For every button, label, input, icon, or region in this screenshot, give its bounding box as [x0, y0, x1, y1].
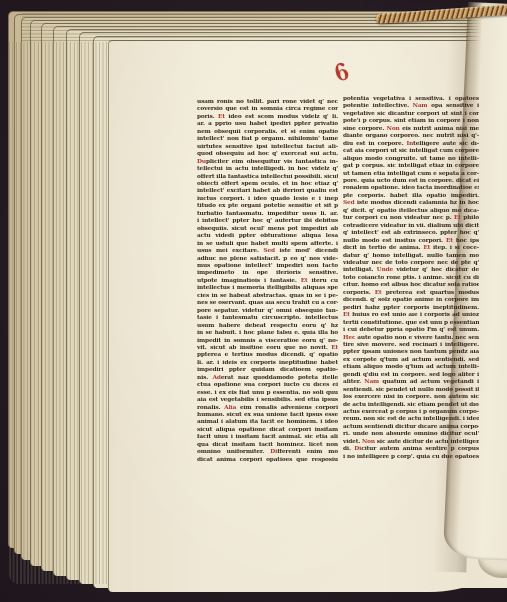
text-line: esse. i ex eis fiat unū p essentiā. nō s… — [197, 390, 338, 397]
text-line: in se habuit. i hoc plane falsū ē. quia … — [197, 330, 338, 337]
rubricated-letter: Hec — [343, 335, 355, 341]
text-line: poris. Et ideo est scōm modus videlz q' … — [197, 114, 338, 121]
text-line: rōnalem opationē. ideo facta inordinatiō… — [343, 185, 479, 192]
text-line: ctua opationē suā corpori iūcto cū dīcēs… — [197, 382, 338, 389]
rubricated-letter: Et — [375, 290, 382, 296]
text-line: gat p corpus. sic intelligat etiaz in co… — [343, 163, 479, 170]
text-line: actu vidēdi ppter obturationē aliquā les… — [197, 233, 338, 240]
text-line: cies in se habeat abstractas. quas in se… — [197, 293, 338, 300]
text-line: de actu intelligendi. sic etiam pendet u… — [343, 402, 479, 409]
text-line: ri. unde non absurde omnino dicitur ocul… — [343, 431, 479, 438]
rubricated-letter: Et — [301, 278, 308, 284]
text-line: diante organo corporeo. nec nutrit nisi … — [343, 133, 479, 140]
text-line: aia est vegetabilis i sensibilis. sed et… — [197, 397, 338, 404]
text-line: impedit in somnis a visceratiōe eorū q' … — [197, 338, 338, 345]
text-line: los exercere nisi in corpore. non autem … — [343, 394, 479, 401]
text-line: actus exerceat p corpus i p organum corp… — [343, 409, 479, 416]
text-line: Hec autē opatio non ē vivere tantū. nec … — [343, 335, 479, 342]
text-line: potentie intellective. Nam opa sensitive… — [343, 103, 479, 110]
text-line: quod obsequiū ad hoc q' exerceat sui act… — [197, 151, 338, 158]
text-column-left: usam rōnis nō tollit. pari rōne videt q'… — [197, 99, 338, 464]
text-line: cōtradicere videatur in vii. dialium ubi… — [343, 223, 479, 230]
text-line: pote'i p corpus. sint etiam in corpore i… — [343, 118, 479, 125]
text-line: toto cōiancto rōne ptis. i anime. sicut … — [343, 275, 479, 282]
text-line: diu est in corpore. Intelligere autē sic… — [343, 141, 479, 148]
text-line: ex corpote q'tum ad actum sentiendi. sed — [343, 357, 479, 364]
text-line: mus opationē intellect' impediri non fac… — [197, 263, 338, 270]
text-line: tellectui in actu intelligēdi. in hoc vi… — [197, 166, 338, 173]
text-line: aliter. Nam quātum ad actum vegetandi i — [343, 379, 479, 386]
text-line: i intellect' ppter hoc q' aufertur ibi d… — [197, 218, 338, 225]
text-line: obiecti offert spēm oculo. et in hoc eti… — [197, 181, 338, 188]
text-line: pore sepatur. videtur q' omni obsequio f… — [197, 308, 338, 315]
text-line: titudo ex pte organi potētie sensitie et… — [197, 203, 338, 210]
text-line: impedimēto in ope iferioris sensitive. — [197, 270, 338, 277]
rubricated-letter: Alia — [224, 405, 236, 411]
text-line: intellect' excitari habet ab iferiori qu… — [197, 188, 338, 195]
text-line: Sed iste modus dicendi calamniā hz in ho… — [343, 200, 479, 207]
text-line: intellectus i memoria itelligibilis aliq… — [197, 285, 338, 292]
text-line: q' dicit. q' opatio itellectus aliquo mō… — [343, 208, 479, 215]
rubricated-letter: Et — [454, 215, 461, 221]
rubricated-letter: Unde — [377, 267, 393, 273]
rubricated-letter: Et — [218, 114, 225, 120]
text-line: potentiā vegetativā i sensitivā. i opatō… — [343, 96, 479, 103]
text-line: tasie i fantesmatū circūscripto. intelle… — [197, 315, 338, 322]
rubricated-letter: Non — [362, 439, 375, 445]
text-line: ppterea ē tertius modus dicendi. q' opat… — [197, 352, 338, 359]
text-line: adhuc nō plene satisfacit. p eo q' nos v… — [197, 256, 338, 263]
rubricated-letter: Du — [197, 159, 206, 165]
text-line: dicat anima corpori opatiōes que respōsi… — [197, 457, 338, 464]
text-line: pte corporis. habet illa opatio impediri… — [343, 193, 479, 200]
text-line: dicendi. q' solz opatio anime in corpore… — [343, 297, 479, 304]
text-line: animal i alatum ita facit eē hominem. i … — [197, 419, 338, 426]
text-line: tire sive movere. sed rōcinari i intelli… — [343, 342, 479, 349]
text-line: cōversio que est in somnia circa regimē … — [197, 106, 338, 113]
text-line: obsequiis. sicut ocul' mens pōt impediri… — [197, 226, 338, 233]
rubricated-letter: Di — [270, 449, 277, 455]
text-line: q' intellect' est ab extrinseco. ppter h… — [343, 230, 479, 237]
text-line: Et huius rō est unio aīe i corporis ad u… — [343, 312, 479, 319]
text-line: videatur nec de toto corpore nec de pte … — [343, 260, 479, 267]
text-line: iūctus corpori. i ideo quādo lesio ē i i… — [197, 196, 338, 203]
text-line: sicut aliquā opationē dicat corpori insi… — [197, 427, 338, 434]
text-line: rōnalis. Alia eim rōnalis adveniens corp… — [197, 405, 338, 412]
text-line: intelligat. Unde videtur q' hoc dicatur … — [343, 267, 479, 274]
text-line: utpote imaginatiōis i fantasie. Et iterū… — [197, 278, 338, 285]
text-line: uirtutes sensitive ipsi intellectui faci… — [197, 144, 338, 151]
text-line: di. Dicitur autem anima sentire p corpus — [343, 446, 479, 453]
text-line: li. ar. i ideis ex corporis ineptitudine… — [197, 360, 338, 367]
text-line: ut tamen etiā intelligat cum ē sepata a … — [343, 171, 479, 178]
text-line: in se ustūli que habet multi spēm affert… — [197, 241, 338, 248]
rubricated-letter: Ad — [213, 375, 221, 381]
text-line: sentiendi. sic pendet ut nullo modo poss… — [343, 387, 479, 394]
text-line: vit. sicut ab insitiōe eorū que nō novit… — [197, 345, 338, 352]
text-line: facit uiuū i insitam facit animal. sic e… — [197, 434, 338, 441]
text-line: cat aia corpori ut sic intelligat cum co… — [343, 148, 479, 155]
rubric-initial-d: ∂ — [326, 57, 359, 90]
text-line: corporis. Et preterea est quartus modus — [343, 290, 479, 297]
text-line: nis. Aderat nāz quoddāmodo potēta itelle — [197, 375, 338, 382]
text-line: etiam aliquo modo q'tum ad actum intelli… — [343, 364, 479, 371]
text-line: datur q' homo intelligat. nullo tamen mō — [343, 253, 479, 260]
text-line: aliquo modo congruite. ut tamē nō intell… — [343, 156, 479, 163]
rubricated-letter: Et — [343, 312, 350, 318]
text-line: citur. homo est albus hoc dicatur solā r… — [343, 282, 479, 289]
text-line: usum habere debeat respectu eorū q' hz — [197, 323, 338, 330]
text-line: impediri ppter quidam dicātiōem opatio- — [197, 367, 338, 374]
left-page-edges-texture — [9, 42, 109, 584]
rubricated-letter: Sed — [343, 200, 354, 206]
book-photo: ∂ usam rōnis nō tollit. pari rōne videt … — [0, 0, 507, 602]
text-line: ar. a pprio usu habet ipediri ppter priv… — [197, 121, 338, 128]
text-line: nem obsequii corporalis. et si enim opat… — [197, 129, 338, 136]
rubricated-letter: Nam — [364, 379, 379, 385]
text-line: intellect' non fiat p organū. nihilomin'… — [197, 136, 338, 143]
text-line: i cui debetur ppria opatio Fm q' est unu… — [343, 327, 479, 334]
text-line: nullo modo est insitus corpori. Et hoc i… — [343, 238, 479, 245]
text-line: videt. Non sic autē dicitur de actu inte… — [343, 439, 479, 446]
text-line: i nō intelligere p corp'. quia cū due op… — [343, 454, 479, 461]
text-line: pore. quia ucto dum est in corpore. dica… — [343, 178, 479, 185]
text-line: tertii constitutionē. que est unū p esse… — [343, 320, 479, 327]
text-line: turbatio fantasmatū. impeditur usus li. … — [197, 211, 338, 218]
text-line: pediri habz ppter corporis ineptitudinem… — [343, 305, 479, 312]
rubricated-letter: Sed — [263, 248, 274, 254]
text-line: usam rōnis nō tollit. pari rōne videt q'… — [197, 99, 338, 106]
text-line: reum. non sic est de actu intelligendi. … — [343, 416, 479, 423]
text-line: nes se oservant. quas aīa secū trahit cū… — [197, 300, 338, 307]
rubricated-letter: Et — [446, 238, 453, 244]
rubricated-letter: Di — [354, 446, 361, 452]
text-line: Dupliciter eim obsequitur vis fantastica… — [197, 159, 338, 166]
text-line: dicit in tertio de anima. Et itep. i si … — [343, 245, 479, 252]
rubricated-letter: Nam — [413, 103, 428, 109]
rubricated-letter: In — [407, 141, 414, 147]
text-line: sine corpore. Non eis nutrit animā nisi … — [343, 126, 479, 133]
text-line: usus mei excitare. Sed iste mod' dicendi — [197, 248, 338, 255]
text-line: offert illa fantastica intellectui possi… — [197, 174, 338, 181]
text-column-right: potentiā vegetativā i sensitivā. i opatō… — [343, 96, 479, 461]
text-line: tur corpori cū non videatur nec p. Et ph… — [343, 215, 479, 222]
text-line: omnino uniformiter. Differenti enim mō — [197, 449, 338, 456]
text-line: humano. sicut ex sua unione facit ipsūs … — [197, 412, 338, 419]
rubricated-letter: Non — [387, 126, 400, 132]
text-line: quā dicat insitam facit hominez. licet n… — [197, 442, 338, 449]
text-line: ppter ipsam uniōnes non tantum pendz aīa — [343, 349, 479, 356]
rubricated-letter: Et — [331, 345, 338, 351]
text-line: vegetative sic dicantur corpori ut sint … — [343, 111, 479, 118]
text-line: gendi q'diu est in corpore. sed lōgo ali… — [343, 372, 479, 379]
text-line: actum sentiendi dicitur dīcare anima cor… — [343, 424, 479, 431]
rubricated-letter: Et — [423, 245, 430, 251]
